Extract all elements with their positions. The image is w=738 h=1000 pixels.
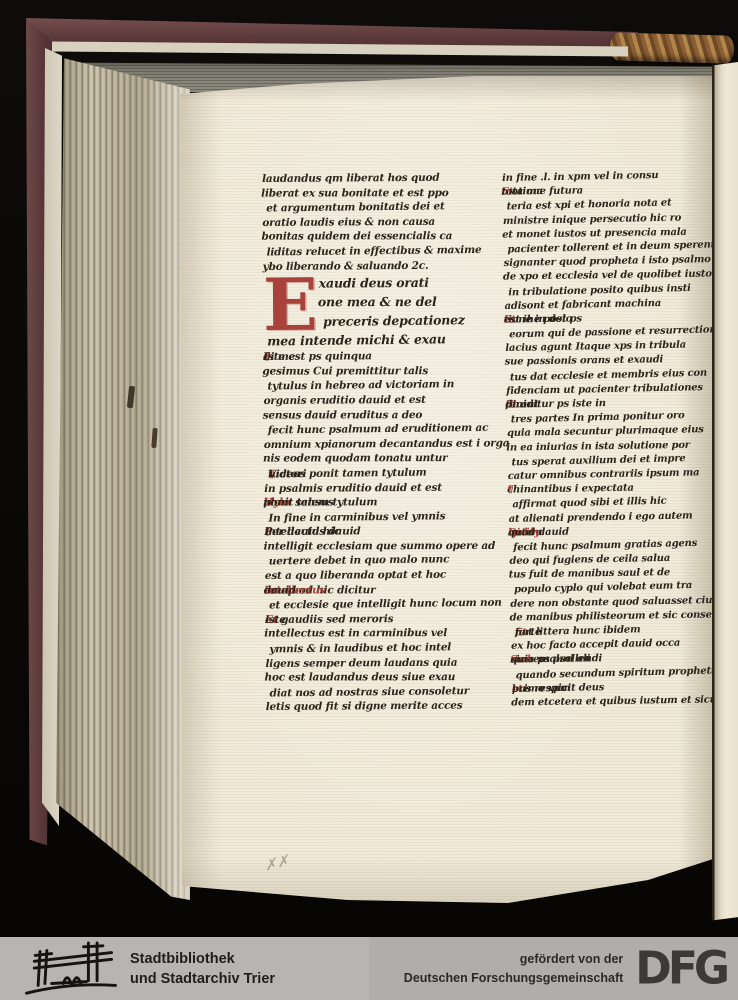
rubricated-initial-row: Exaudi deus oratione mea & ne delpreceri… [263, 273, 465, 331]
library-name-line1: Stadtbibliothek [130, 949, 275, 969]
funding-credit-line2: Deutschen Forschungsgemeinschaft [404, 969, 624, 988]
funding-banner: gefördert von der Deutschen Forschungsge… [369, 937, 738, 1000]
psalm-incipit-lines: xaudi deus oratione mea & ne delpreceris… [319, 273, 465, 331]
manuscript-text-line: ex gaudiis sed meroris Et iste [265, 611, 467, 627]
right-text-column: in fine .l. in xpm vel in consumatione f… [502, 168, 710, 711]
gutter-facing-page-strip [712, 62, 738, 924]
digitized-manuscript-photo: laudandus qm liberat hos quodliberat ex … [0, 0, 738, 1000]
manuscript-text-line: dem etcetera et quibus iustum et sicut [511, 693, 710, 710]
spine-headband [610, 32, 735, 63]
library-name-line2: und Stadtarchiv Trier [130, 969, 275, 989]
library-name: Stadtbibliothek und Stadtarchiv Trier [130, 949, 275, 989]
manuscript-text-line: preceris depcationez [323, 310, 465, 331]
manuscript-text-line: xaudi deus orati [319, 273, 465, 293]
manuscript-text-line: laudandus qm liberat hos quod [262, 171, 464, 187]
manuscript-text-line: in psalmis eruditio dauid et est [264, 480, 466, 496]
manuscript-text-line: omnium xpianorum decantandus est i orga [264, 436, 466, 452]
funding-credit: gefördert von der Deutschen Forschungsge… [404, 950, 624, 988]
manuscript-text-line: intellectus est in carminibus vel [264, 626, 467, 641]
rubricated-drop-cap-initial: E [263, 274, 319, 331]
manuscript-text-line: one mea & ne del [318, 292, 465, 311]
manuscript-text-line: est a quo liberanda optat et hoc [265, 568, 467, 584]
manuscript-text-line: ligens semper deum laudans quia [265, 655, 467, 671]
dfg-logo: DFG [635, 946, 726, 992]
manuscript-text-line: oratio laudis eius & non causa [262, 214, 464, 230]
manuscript-text-line: mea intende michi & exau [267, 329, 465, 350]
manuscript-text-line: letis quod fit si digne merite acces [266, 699, 468, 715]
manuscript-text-line: hoc est laudandus deus siue exau [265, 670, 468, 685]
manuscript-page: laudandus qm liberat hos quodliberat ex … [178, 68, 716, 906]
funding-credit-line1: gefördert von der [404, 950, 624, 969]
manuscript-text-line: bonitas quidem dei essencialis ca [261, 229, 464, 244]
left-text-column: laudandus qm liberat hos quodliberat ex … [262, 171, 468, 715]
footer-banner: Stadtbibliothek und Stadtarchiv Trier ge… [0, 937, 738, 1000]
manuscript-text-line: di me ¶ Iste est ps quinqua [263, 349, 465, 365]
textblock-fore-edge [56, 54, 190, 900]
manuscript-text-line: idem sensus Hylo ponit talem tytulum [263, 495, 466, 510]
manuscript-text-line: organis eruditio dauid et est [264, 393, 466, 409]
library-banner: Stadtbibliothek und Stadtarchiv Trier [0, 937, 369, 1000]
trier-bridge-logo-icon [24, 940, 118, 998]
manuscript-text-line: nis eodem quodam tonatu untur [263, 451, 466, 466]
manuscript-text-line: sensus dauid eruditus a deo [263, 408, 466, 423]
manuscript-text-line: intellectus dauid ¶ Per dauid hic [264, 524, 466, 540]
